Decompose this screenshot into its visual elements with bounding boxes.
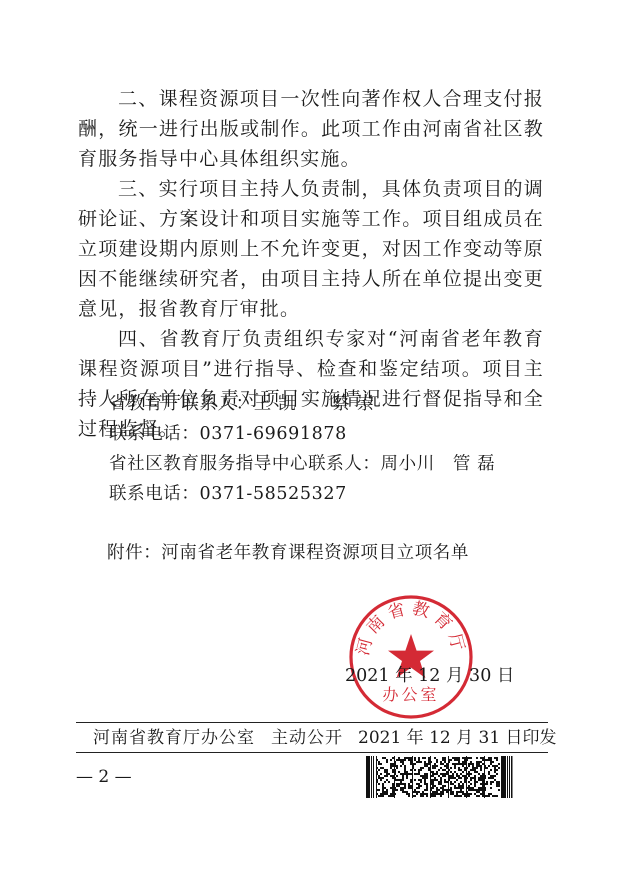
footer-bottom-rule [76, 752, 548, 753]
page-number: — 2 — [76, 766, 132, 788]
document-page: 二、课程资源项目一次性向著作权人合理支付报酬，统一进行出版或制作。此项工作由河南… [0, 0, 618, 870]
paragraph-3: 三、实行项目主持人负责制，具体负责项目的调研论证、方案设计和项目实施等工作。项目… [78, 174, 544, 324]
attachment-line: 附件：河南省老年教育课程资源项目立项名单 [107, 538, 469, 568]
center-contact-line: 省社区教育服务指导中心联系人：周小川 管 磊 [109, 449, 495, 479]
barcode-icon [366, 756, 514, 798]
footer-top-rule [76, 722, 548, 723]
footer-issuer: 河南省教育厅办公室 [93, 725, 255, 751]
footer-disclosure: 主动公开 [271, 725, 343, 751]
official-seal-icon: 河南省教育厅 办公室 [348, 594, 474, 720]
signature-date: 2021 年 12 月 30 日 [345, 664, 514, 688]
footer-print-date: 2021 年 12 月 31 日印发 [358, 725, 557, 751]
footer-row: 河南省教育厅办公室 主动公开 2021 年 12 月 31 日印发 [76, 725, 548, 751]
dept-phone-line: 联系电话：0371-69691878 [109, 419, 347, 449]
center-phone-line: 联系电话：0371-58525327 [109, 479, 347, 509]
dept-contact-line: 省教育厅联系人：王 凯 蔡 崇 [109, 389, 375, 419]
paragraph-2: 二、课程资源项目一次性向著作权人合理支付报酬，统一进行出版或制作。此项工作由河南… [78, 84, 544, 174]
